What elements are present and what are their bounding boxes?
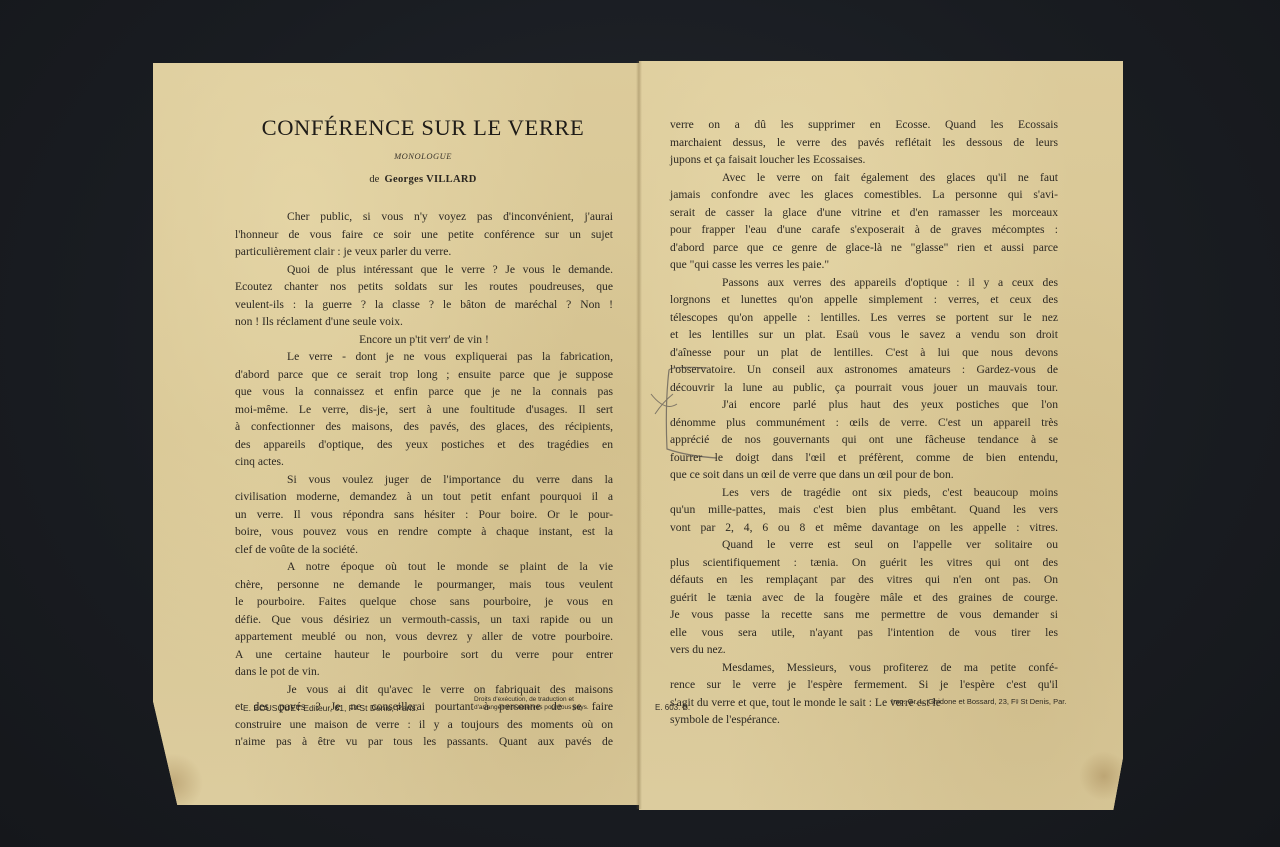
text-line: d'aînesse pour un plat de lentilles. C'e… bbox=[670, 344, 1058, 362]
text-line: d'abord parce que ce serait trop long ; … bbox=[235, 366, 613, 384]
text-line: un verre. Il vous répondra sans hésiter … bbox=[235, 506, 613, 524]
text-line: A notre époque où tout le monde se plain… bbox=[235, 558, 613, 576]
printer-imprint: Imp. Gr. L. Ghidone et Bossard, 23, Fᵍ S… bbox=[891, 697, 1066, 706]
text-line: plus scientifiquement : tænia. On guérit… bbox=[670, 554, 1058, 572]
text-line: appartement meublé ou non, vous devrez y… bbox=[235, 628, 613, 646]
text-line: n'aime pas à être vu par tous les passan… bbox=[235, 733, 613, 751]
text-line: et les lentilles sur un plat. Esaü vous … bbox=[670, 326, 1058, 344]
text-line: marchaient dessus, le verre des pavés re… bbox=[670, 134, 1058, 152]
text-line: des appareils d'optique, des yeux postic… bbox=[235, 436, 613, 454]
text-line: Avec le verre on fait également des glac… bbox=[670, 169, 1058, 187]
text-line: Le verre - dont je ne vous expliquerai p… bbox=[235, 348, 613, 366]
text-line: elle vous sera utile, n'ayant pas l'inte… bbox=[670, 624, 1058, 642]
text-line: civilisation moderne, demandez à un tout… bbox=[235, 488, 613, 506]
text-line: construire une maison de verre : il y a … bbox=[235, 716, 613, 734]
text-line: veulent-ils : la guerre ? la classe ? le… bbox=[235, 296, 613, 314]
publisher-imprint: E. BOUSQUET Editeur, 61, Fᵍ St Denis, Pa… bbox=[243, 703, 418, 713]
text-line: non ! Ils réclament d'une seule voix. bbox=[235, 313, 613, 331]
left-page: CONFÉRENCE SUR LE VERRE MONOLOGUE de Geo… bbox=[153, 63, 639, 805]
text-line: le pourboire. Faites quelque chose sans … bbox=[235, 593, 613, 611]
text-line: dénomme plus communément : œils de verre… bbox=[670, 414, 1058, 432]
right-page: verre on a dû les supprimer en Ecosse. Q… bbox=[639, 61, 1123, 810]
text-line: Quand le verre est seul on l'appelle ver… bbox=[670, 536, 1058, 554]
text-line: cinq actes. bbox=[235, 453, 613, 471]
rights-line: d'arrangement réservés pour tous pays. bbox=[474, 704, 624, 712]
text-line: défie. Que vous désiriez un vermouth-cas… bbox=[235, 611, 613, 629]
text-line: à confectionner des maisons, des pavés, … bbox=[235, 418, 613, 436]
text-line: apprécié de nos gouvernants qui ont une … bbox=[670, 431, 1058, 449]
text-line: lorgnons et lunettes qu'on appelle simpl… bbox=[670, 291, 1058, 309]
text-line: pour frapper l'eau d'une carafe s'expose… bbox=[670, 221, 1058, 239]
text-line: Ecoutez chanter nos petits soldats sur l… bbox=[235, 278, 613, 296]
text-line: que ce soit dans un œil de verre que dan… bbox=[670, 466, 1058, 484]
text-line: Quoi de plus intéressant que le verre ? … bbox=[235, 261, 613, 279]
rights-notice: Droits d'exécution, de traduction et d'a… bbox=[474, 696, 624, 712]
text-line: que "qui casse les verres les paie." bbox=[670, 256, 1058, 274]
text-line: vont par 2, 4, 6 ou 8 et même davantage … bbox=[670, 519, 1058, 537]
text-line: A une certaine hauteur le pourboire sort… bbox=[235, 646, 613, 664]
text-line: rence sur le verre je l'espère fermement… bbox=[670, 676, 1058, 694]
text-line: Passons aux verres des appareils d'optiq… bbox=[670, 274, 1058, 292]
document-title: CONFÉRENCE SUR LE VERRE bbox=[233, 115, 613, 141]
text-line: Encore un p'tit verr' de vin ! bbox=[235, 331, 613, 349]
text-line: verre on a dû les supprimer en Ecosse. Q… bbox=[670, 116, 1058, 134]
text-line: qu'un mille-pattes, mais c'est bien plus… bbox=[670, 501, 1058, 519]
text-line: vers du nez. bbox=[670, 641, 1058, 659]
left-page-body: Cher public, si vous n'y voyez pas d'inc… bbox=[235, 208, 613, 751]
document-author: de Georges VILLARD bbox=[233, 174, 613, 185]
text-line: Les vers de tragédie ont six pieds, c'es… bbox=[670, 484, 1058, 502]
text-line: l'honneur de vous faire ce soir une peti… bbox=[235, 226, 613, 244]
rights-line: Droits d'exécution, de traduction et bbox=[474, 696, 624, 704]
page-fold bbox=[636, 61, 642, 809]
text-line: chère, personne ne demande le pourmanger… bbox=[235, 576, 613, 594]
text-line: clef de voûte de la société. bbox=[235, 541, 613, 559]
text-line: J'ai encore parlé plus haut des yeux pos… bbox=[670, 396, 1058, 414]
author-prefix: de bbox=[369, 174, 379, 185]
text-line: jamais confondre avec les glaces comesti… bbox=[670, 186, 1058, 204]
text-line: guérit le tænia avec de la fougère mâle … bbox=[670, 589, 1058, 607]
text-line: Si vous voulez juger de l'importance du … bbox=[235, 471, 613, 489]
author-name: Georges VILLARD bbox=[385, 174, 477, 185]
right-page-body: verre on a dû les supprimer en Ecosse. Q… bbox=[670, 116, 1058, 729]
text-line: défauts en les remplaçant par des vitres… bbox=[670, 571, 1058, 589]
document-subtitle: MONOLOGUE bbox=[233, 151, 613, 161]
paper-stain bbox=[143, 753, 203, 813]
text-line: Je vous passe la recette sans me permett… bbox=[670, 606, 1058, 624]
text-line: que vous la connaissez et enfin parce qu… bbox=[235, 383, 613, 401]
text-line: boire, vous pouvez vous en rendre compte… bbox=[235, 523, 613, 541]
catalog-number: E. 603. B. bbox=[655, 703, 690, 712]
text-line: jupons et ça faisait loucher les Ecossai… bbox=[670, 151, 1058, 169]
text-line: symbole de l'espérance. bbox=[670, 711, 1058, 729]
paper-stain bbox=[1079, 751, 1129, 801]
text-line: serait de casser la glace d'une vitrine … bbox=[670, 204, 1058, 222]
text-line: fourrer le doigt dans l'œil et préfèrent… bbox=[670, 449, 1058, 467]
text-line: Cher public, si vous n'y voyez pas d'inc… bbox=[235, 208, 613, 226]
text-line: télescopes qu'on appelle : lentilles. Le… bbox=[670, 309, 1058, 327]
text-line: Mesdames, Messieurs, vous profiterez de … bbox=[670, 659, 1058, 677]
text-line: l'observatoire. Un conseil aux astronome… bbox=[670, 361, 1058, 379]
text-line: particulièrement clair : je veux parler … bbox=[235, 243, 613, 261]
text-line: découvrir la lune au public, ça pourrait… bbox=[670, 379, 1058, 397]
text-line: dans le pot de vin. bbox=[235, 663, 613, 681]
text-line: d'abord parce que ce genre de glace-là n… bbox=[670, 239, 1058, 257]
text-line: moi-même. Le verre, dis-je, sert à une f… bbox=[235, 401, 613, 419]
